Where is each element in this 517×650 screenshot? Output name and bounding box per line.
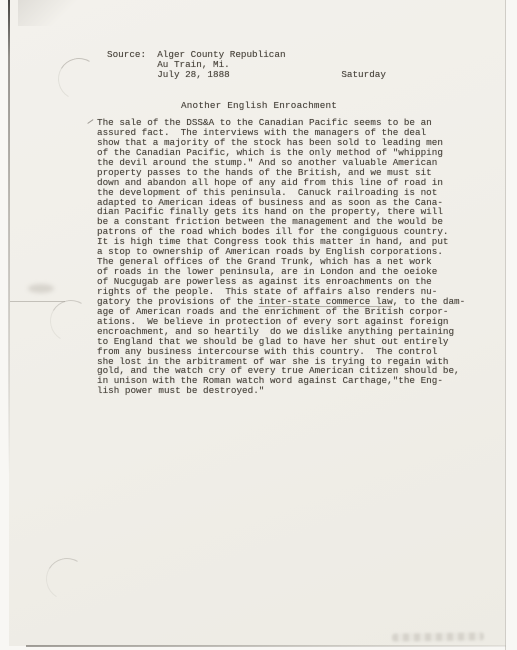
- scan-edge-left: [8, 0, 10, 475]
- smudge-mark-bottom-right: [392, 632, 484, 641]
- scanned-document: Source: Alger County Republican Au Train…: [0, 0, 517, 650]
- underline-mark: [258, 306, 392, 307]
- smudge-mark-left: [28, 284, 54, 293]
- scan-edge-right: [505, 0, 506, 650]
- scan-corner-shading: [18, 0, 78, 26]
- pencil-tick-mark: [87, 119, 94, 124]
- source-header: Source: Alger County Republican Au Train…: [107, 50, 386, 80]
- scan-edge-bottom: [26, 645, 506, 647]
- article-body: The sale of the DSS&A to the Canadian Pa…: [97, 118, 465, 396]
- article-title: Another English Enroachment: [181, 100, 337, 111]
- fold-line-mark: [10, 301, 65, 302]
